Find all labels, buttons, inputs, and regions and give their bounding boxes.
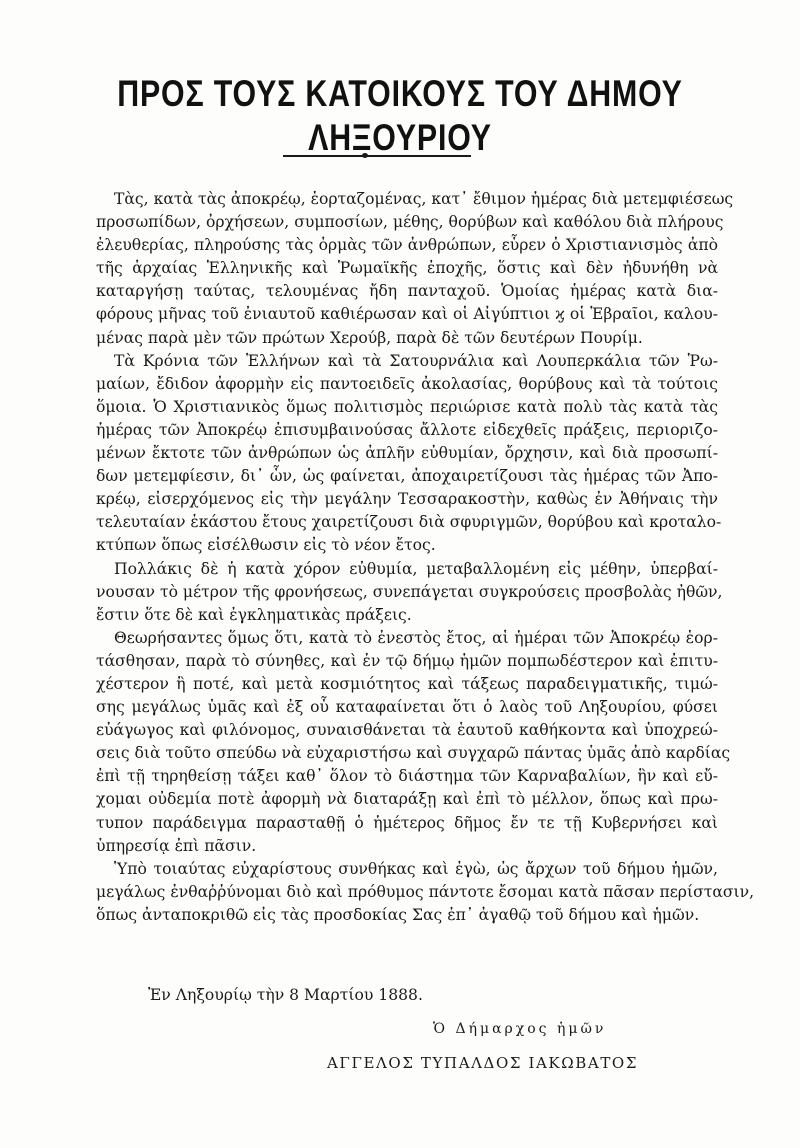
text-line: κτύπων ὅπως εἰσέλθωσιν εἰς τὸ νέον ἔτος.: [96, 534, 718, 557]
text-line: ὅπως ἀνταποκριθῶ εἰς τὰς προσδοκίας Σας …: [96, 904, 718, 927]
document-title: ΠΡΟΣ ΤΟΥΣ ΚΑΤΟΙΚΟΥΣ ΤΟΥ ΔΗΜΟΥ ΛΗΞΟΥΡΙΟΥ: [72, 72, 728, 160]
paragraph-3: Πολλάκις δὲ ἡ κατὰ χόρον εὐθυμία, μεταβα…: [96, 558, 718, 627]
text-line: εὐάγωγος καὶ φιλόνομος, συναισθάνεται τὰ…: [96, 719, 718, 742]
text-line: ἡμέρας τῶν Ἀποκρέῳ ἐπισυμβαινούσας ἄλλοτ…: [96, 419, 718, 442]
proclamation-body: Τὰς, κατὰ τὰς ἀποκρέῳ, ἑορταζομένας, κατ…: [96, 188, 718, 927]
paragraph-5: Ὑπὸ τοιαύτας εὐχαρίστους συνθήκας καὶ ἐγ…: [96, 858, 718, 927]
text-line: σεις διὰ τοῦτο σπεύδω νὰ εὐχαριστήσω καὶ…: [96, 742, 718, 765]
text-line: ἔστιν ὅτε δὲ καὶ ἐγκληματικὰς πράξεις.: [96, 604, 718, 627]
text-line: καταργήσῃ ταύτας, τελουμένας ἤδη πανταχο…: [96, 280, 718, 303]
paragraph-2: Τὰ Κρόνια τῶν Ἑλλήνων καὶ τὰ Σατουρνάλια…: [96, 350, 718, 558]
text-line: ἐλευθερίας, πληρούσης τὰς ὁρμὰς τῶν ἀνθρ…: [96, 234, 718, 257]
paragraph-1: Τὰς, κατὰ τὰς ἀποκρέῳ, ἑορταζομένας, κατ…: [96, 188, 718, 350]
text-line: προσωπίδων, ὀρχήσεων, συμποσίων, μέθης, …: [96, 211, 718, 234]
text-line: μένας παρὰ μὲν τῶν πρώτων Χερούβ, παρὰ δ…: [96, 327, 718, 350]
text-line: Πολλάκις δὲ ἡ κατὰ χόρον εὐθυμία, μεταβα…: [96, 558, 718, 581]
title-divider: [283, 155, 471, 157]
text-line: δων μετεμφίεσιν, δι᾽ ὧν, ὡς φαίνεται, ἀπ…: [96, 465, 718, 488]
text-line: ὑπηρεσίᾳ ἐπὶ πᾶσιν.: [96, 835, 718, 858]
date-line: Ἐν Ληξουρίῳ τὴν 8 Μαρτίου 1888.: [148, 984, 423, 1006]
text-line: σης μεγάλως ὑμᾶς καὶ ἐξ οὗ καταφαίνεται …: [96, 696, 718, 719]
text-line: τάσθησαν, παρὰ τὸ σύνηθες, καὶ ἐν τῷ δήμ…: [96, 650, 718, 673]
text-line: μένων ἔκτοτε τῶν ἀνθρώπων ὡς ἁπλῆν εὐθυμ…: [96, 442, 718, 465]
mayor-office-title: Ὁ Δήμαρχος ἡμῶν: [433, 1018, 606, 1040]
text-line: κρέῳ, εἰσερχόμενος εἰς τὴν μεγάλην Τεσσα…: [96, 488, 718, 511]
text-line: Τὰς, κατὰ τὰς ἀποκρέῳ, ἑορταζομένας, κατ…: [96, 188, 718, 211]
title-divider-ornament: [362, 153, 368, 158]
text-line: ὅμοια. Ὁ Χριστιανικὸς ὅμως πολιτισμὸς πε…: [96, 396, 718, 419]
text-line: τυπον παράδειγμα παρασταθῇ ὁ ἡμέτερος δῆ…: [96, 812, 718, 835]
text-line: φόρους μῆνας τοῦ ἐνιαυτοῦ καθιέρωσαν καὶ…: [96, 303, 718, 326]
signature-name: ΑΓΓΕΛΟΣ ΤΥΠΑΛΔΟΣ ΙΑΚΩΒΑΤΟΣ: [327, 1052, 638, 1074]
text-line: Θεωρήσαντες ὅμως ὅτι, κατὰ τὸ ἐνεστὸς ἔτ…: [96, 627, 718, 650]
text-line: χέστερον ἢ ποτέ, καὶ μετὰ κοσμιότητος κα…: [96, 673, 718, 696]
text-line: μεγάλως ἐνθαῤῥύνομαι διὸ καὶ πρόθυμος πά…: [96, 881, 718, 904]
document-page: ΠΡΟΣ ΤΟΥΣ ΚΑΤΟΙΚΟΥΣ ΤΟΥ ΔΗΜΟΥ ΛΗΞΟΥΡΙΟΥ …: [0, 0, 800, 1148]
text-line: μαίων, ἔδιδον ἀφορμὴν εἰς παντοειδεῖς ἀκ…: [96, 373, 718, 396]
text-line: νουσαν τὸ μέτρον τῆς φρονήσεως, συνεπάγε…: [96, 581, 718, 604]
text-line: τῆς ἀρχαίας Ἑλληνικῆς καὶ Ῥωμαϊκῆς ἐποχῆ…: [96, 257, 718, 280]
text-line: ἐπὶ τῇ τηρηθείσῃ τάξει καθ᾽ ὅλον τὸ διάσ…: [96, 765, 718, 788]
text-line: χομαι οὐδεμία ποτὲ ἀφορμὴ νὰ διαταράξῃ κ…: [96, 788, 718, 811]
paragraph-4: Θεωρήσαντες ὅμως ὅτι, κατὰ τὸ ἐνεστὸς ἔτ…: [96, 627, 718, 858]
text-line: τελευταίαν ἑκάστου ἔτους χαιρετίζουσι δι…: [96, 511, 718, 534]
text-line: Τὰ Κρόνια τῶν Ἑλλήνων καὶ τὰ Σατουρνάλια…: [96, 350, 718, 373]
text-line: Ὑπὸ τοιαύτας εὐχαρίστους συνθήκας καὶ ἐγ…: [96, 858, 718, 881]
